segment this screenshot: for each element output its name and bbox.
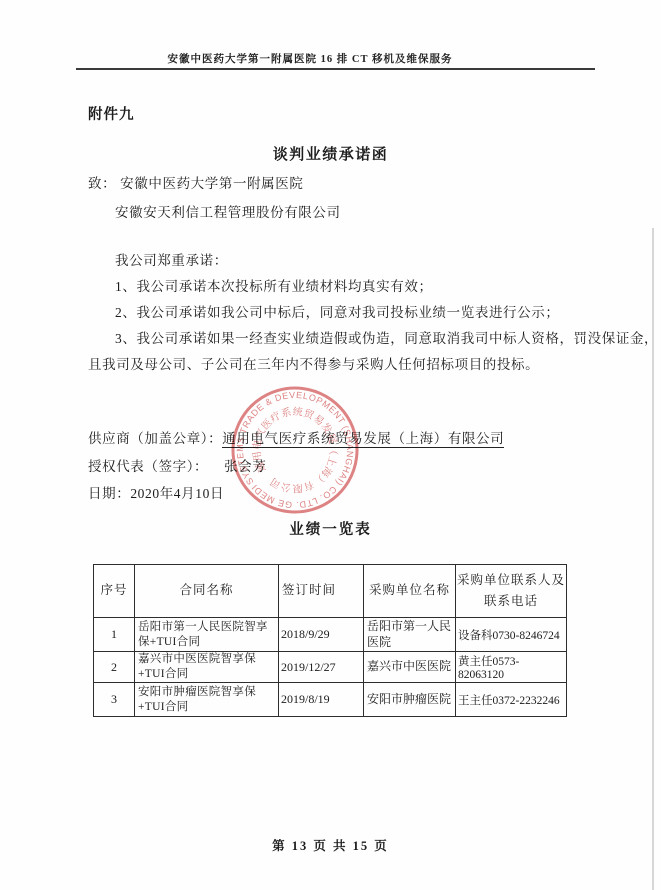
header-contract-name: 合同名称 [135,565,279,618]
date-line: 日期：2020年4月10日 [88,482,224,502]
scan-edge-artifact [652,228,654,890]
cell-purchaser: 安阳市肿瘤医院 [364,683,456,717]
cell-contract-name: 岳阳市第一人民医院智享保+TUI合同 [135,618,279,652]
header-contact: 采购单位联系人及联系电话 [456,565,567,618]
stamp-outer-circle [208,363,382,537]
cell-contact: 黄主任0573-82063120 [456,652,567,683]
cell-contact: 设备科0730-8246724 [456,618,567,652]
cell-contact: 王主任0372-2232246 [456,683,567,717]
page-number-footer: 第 13 页 共 15 页 [0,836,661,854]
header-index: 序号 [94,565,135,618]
stamp-ring-text: SYSTEMS TRADE & DEVELOPMENT (SHANGHAI) C… [198,353,379,542]
table-row: 1 岳阳市第一人民医院智享保+TUI合同 2018/9/29 岳阳市第一人民医院… [94,618,567,652]
cell-contract-name: 安阳市肿瘤医院智享保+TUI合同 [135,683,279,717]
table-row: 3 安阳市肿瘤医院智享保+TUI合同 2019/8/19 安阳市肿瘤医院 王主任… [94,683,567,717]
header-sign-date: 签订时间 [279,565,364,618]
cell-purchaser: 嘉兴市中医医院 [364,652,456,683]
cell-contract-name: 嘉兴市中医医院智享保+TUI合同 [135,652,279,683]
cell-sign-date: 2019/8/19 [279,683,364,717]
attachment-label: 附件九 [88,103,135,124]
recipient-line-1: 致： 安徽中医药大学第一附属医院 [88,172,303,192]
cell-sign-date: 2019/12/27 [279,652,364,683]
table-container: 序号 合同名称 签订时间 采购单位名称 采购单位联系人及联系电话 1 岳阳市第一… [93,564,567,717]
representative-label: 授权代表（签字）： [88,459,208,474]
cell-purchaser: 岳阳市第一人民医院 [364,618,456,652]
date-value: 2020年4月10日 [130,486,224,501]
header-rule [76,68,595,70]
performance-table: 序号 合同名称 签订时间 采购单位名称 采购单位联系人及联系电话 1 岳阳市第一… [93,564,567,717]
cell-sign-date: 2018/9/29 [279,618,364,652]
header-purchaser: 采购单位名称 [364,565,456,618]
pledge-intro: 我公司郑重承诺： [115,249,228,269]
cell-index: 1 [94,618,135,652]
recipient-line-2: 安徽安天利信工程管理股份有限公司 [115,201,341,221]
table-title: 业绩一览表 [0,518,661,539]
table-header-row: 序号 合同名称 签订时间 采购单位名称 采购单位联系人及联系电话 [94,565,567,618]
table-row: 2 嘉兴市中医医院智享保+TUI合同 2019/12/27 嘉兴市中医医院 黄主… [94,652,567,683]
cell-index: 2 [94,652,135,683]
document-page: 安徽中医药大学第一附属医院 16 排 CT 移机及维保服务 附件九 谈判业绩承诺… [0,0,661,890]
pledge-item-3-line-1: 3、我公司承诺如果一经查实业绩造假或伪造，同意取消我司中标人资格，罚没保证金， [115,327,658,347]
cell-index: 3 [94,683,135,717]
pledge-item-2: 2、我公司承诺如我公司中标后，同意对我司投标业绩一览表进行公示； [115,301,559,321]
page-header-title: 安徽中医药大学第一附属医院 16 排 CT 移机及维保服务 [0,51,620,66]
document-title: 谈判业绩承诺函 [0,143,661,164]
pledge-item-1: 1、我公司承诺本次投标所有业绩材料均真实有效； [115,275,433,295]
date-label: 日期： [88,486,130,501]
